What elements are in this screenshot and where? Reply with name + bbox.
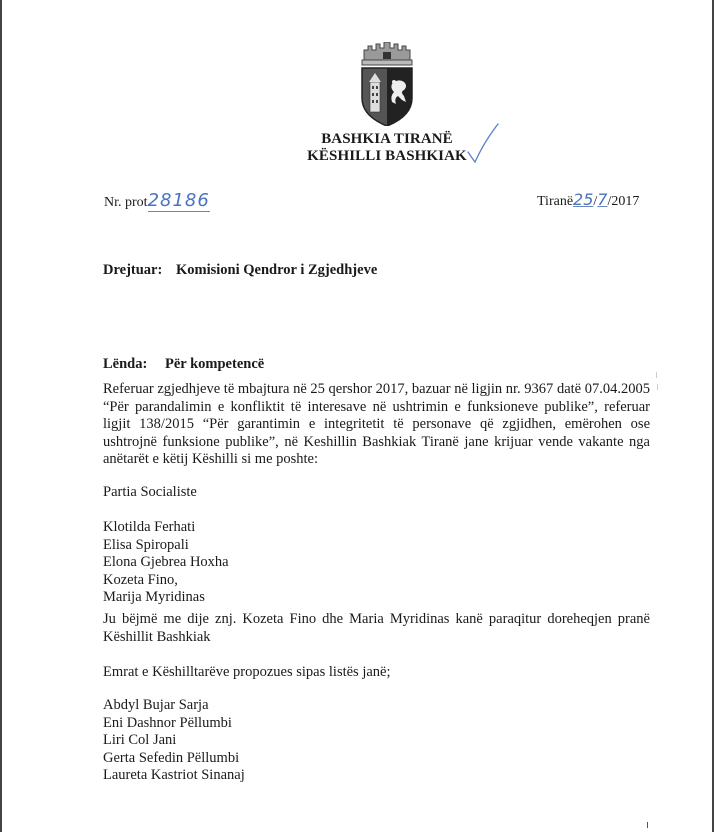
- list-item: Kozeta Fino,: [103, 572, 229, 590]
- list-item: Marija Myridinas: [103, 589, 229, 607]
- date-month: 7: [597, 190, 607, 209]
- addressee-line: Drejtuar:Komisioni Qendror i Zgjedhjeve: [103, 262, 377, 279]
- list-item: Elisa Spiropali: [103, 537, 229, 555]
- handwritten-checkmark-icon: [466, 122, 500, 164]
- list-item: Elona Gjebrea Hoxha: [103, 554, 229, 572]
- body-paragraph-2: Ju bëjmë me dije znj. Kozeta Fino dhe Ma…: [103, 611, 650, 646]
- place-label: Tiranë: [537, 194, 573, 209]
- list-item: Eni Dashnor Pëllumbi: [103, 715, 245, 733]
- body-paragraph-1: Referuar zgjedhjeve të mbajtura në 25 qe…: [103, 381, 650, 469]
- subject-line: Lënda:Për kompetencë: [103, 356, 264, 373]
- organization-name: BASHKIA TIRANË: [302, 131, 472, 148]
- list-item: Klotilda Ferhati: [103, 519, 229, 537]
- scan-artifact: [656, 372, 657, 378]
- vacant-members-list: Klotilda Ferhati Elisa Spiropali Elona G…: [103, 519, 229, 607]
- department-name: KËSHILLI BASHKIAK: [302, 148, 472, 165]
- addressee-label: Drejtuar:: [103, 262, 176, 279]
- body-paragraph-3: Emrat e Këshilltarëve propozues sipas li…: [103, 664, 391, 682]
- scan-artifact: [647, 822, 648, 828]
- list-item: Laureta Kastriot Sinanaj: [103, 767, 245, 785]
- scan-artifact: [657, 384, 658, 390]
- list-item: Gerta Sefedin Pëllumbi: [103, 750, 245, 768]
- subject-label: Lënda:: [103, 356, 165, 373]
- protocol-label: Nr. prot: [104, 195, 148, 210]
- subject-value: Për kompetencë: [165, 356, 264, 372]
- protocol-number: 28186: [148, 190, 210, 212]
- date-day: 25: [573, 190, 593, 209]
- list-item: Liri Col Jani: [103, 732, 245, 750]
- letterhead: BASHKIA TIRANË KËSHILLI BASHKIAK: [302, 131, 472, 165]
- letter-page: BASHKIA TIRANË KËSHILLI BASHKIAK Nr. pro…: [0, 0, 714, 832]
- date-line: Tiranë25/7/2017: [537, 190, 639, 210]
- proposed-councillors-list: Abdyl Bujar Sarja Eni Dashnor Pëllumbi L…: [103, 697, 245, 785]
- list-item: Abdyl Bujar Sarja: [103, 697, 245, 715]
- addressee-value: Komisioni Qendror i Zgjedhjeve: [176, 262, 377, 278]
- tirana-coat-of-arms-icon: [358, 42, 416, 126]
- protocol-number-line: Nr. prot28186: [104, 190, 210, 211]
- date-year: /2017: [607, 194, 639, 209]
- party-name: Partia Socialiste: [103, 484, 197, 502]
